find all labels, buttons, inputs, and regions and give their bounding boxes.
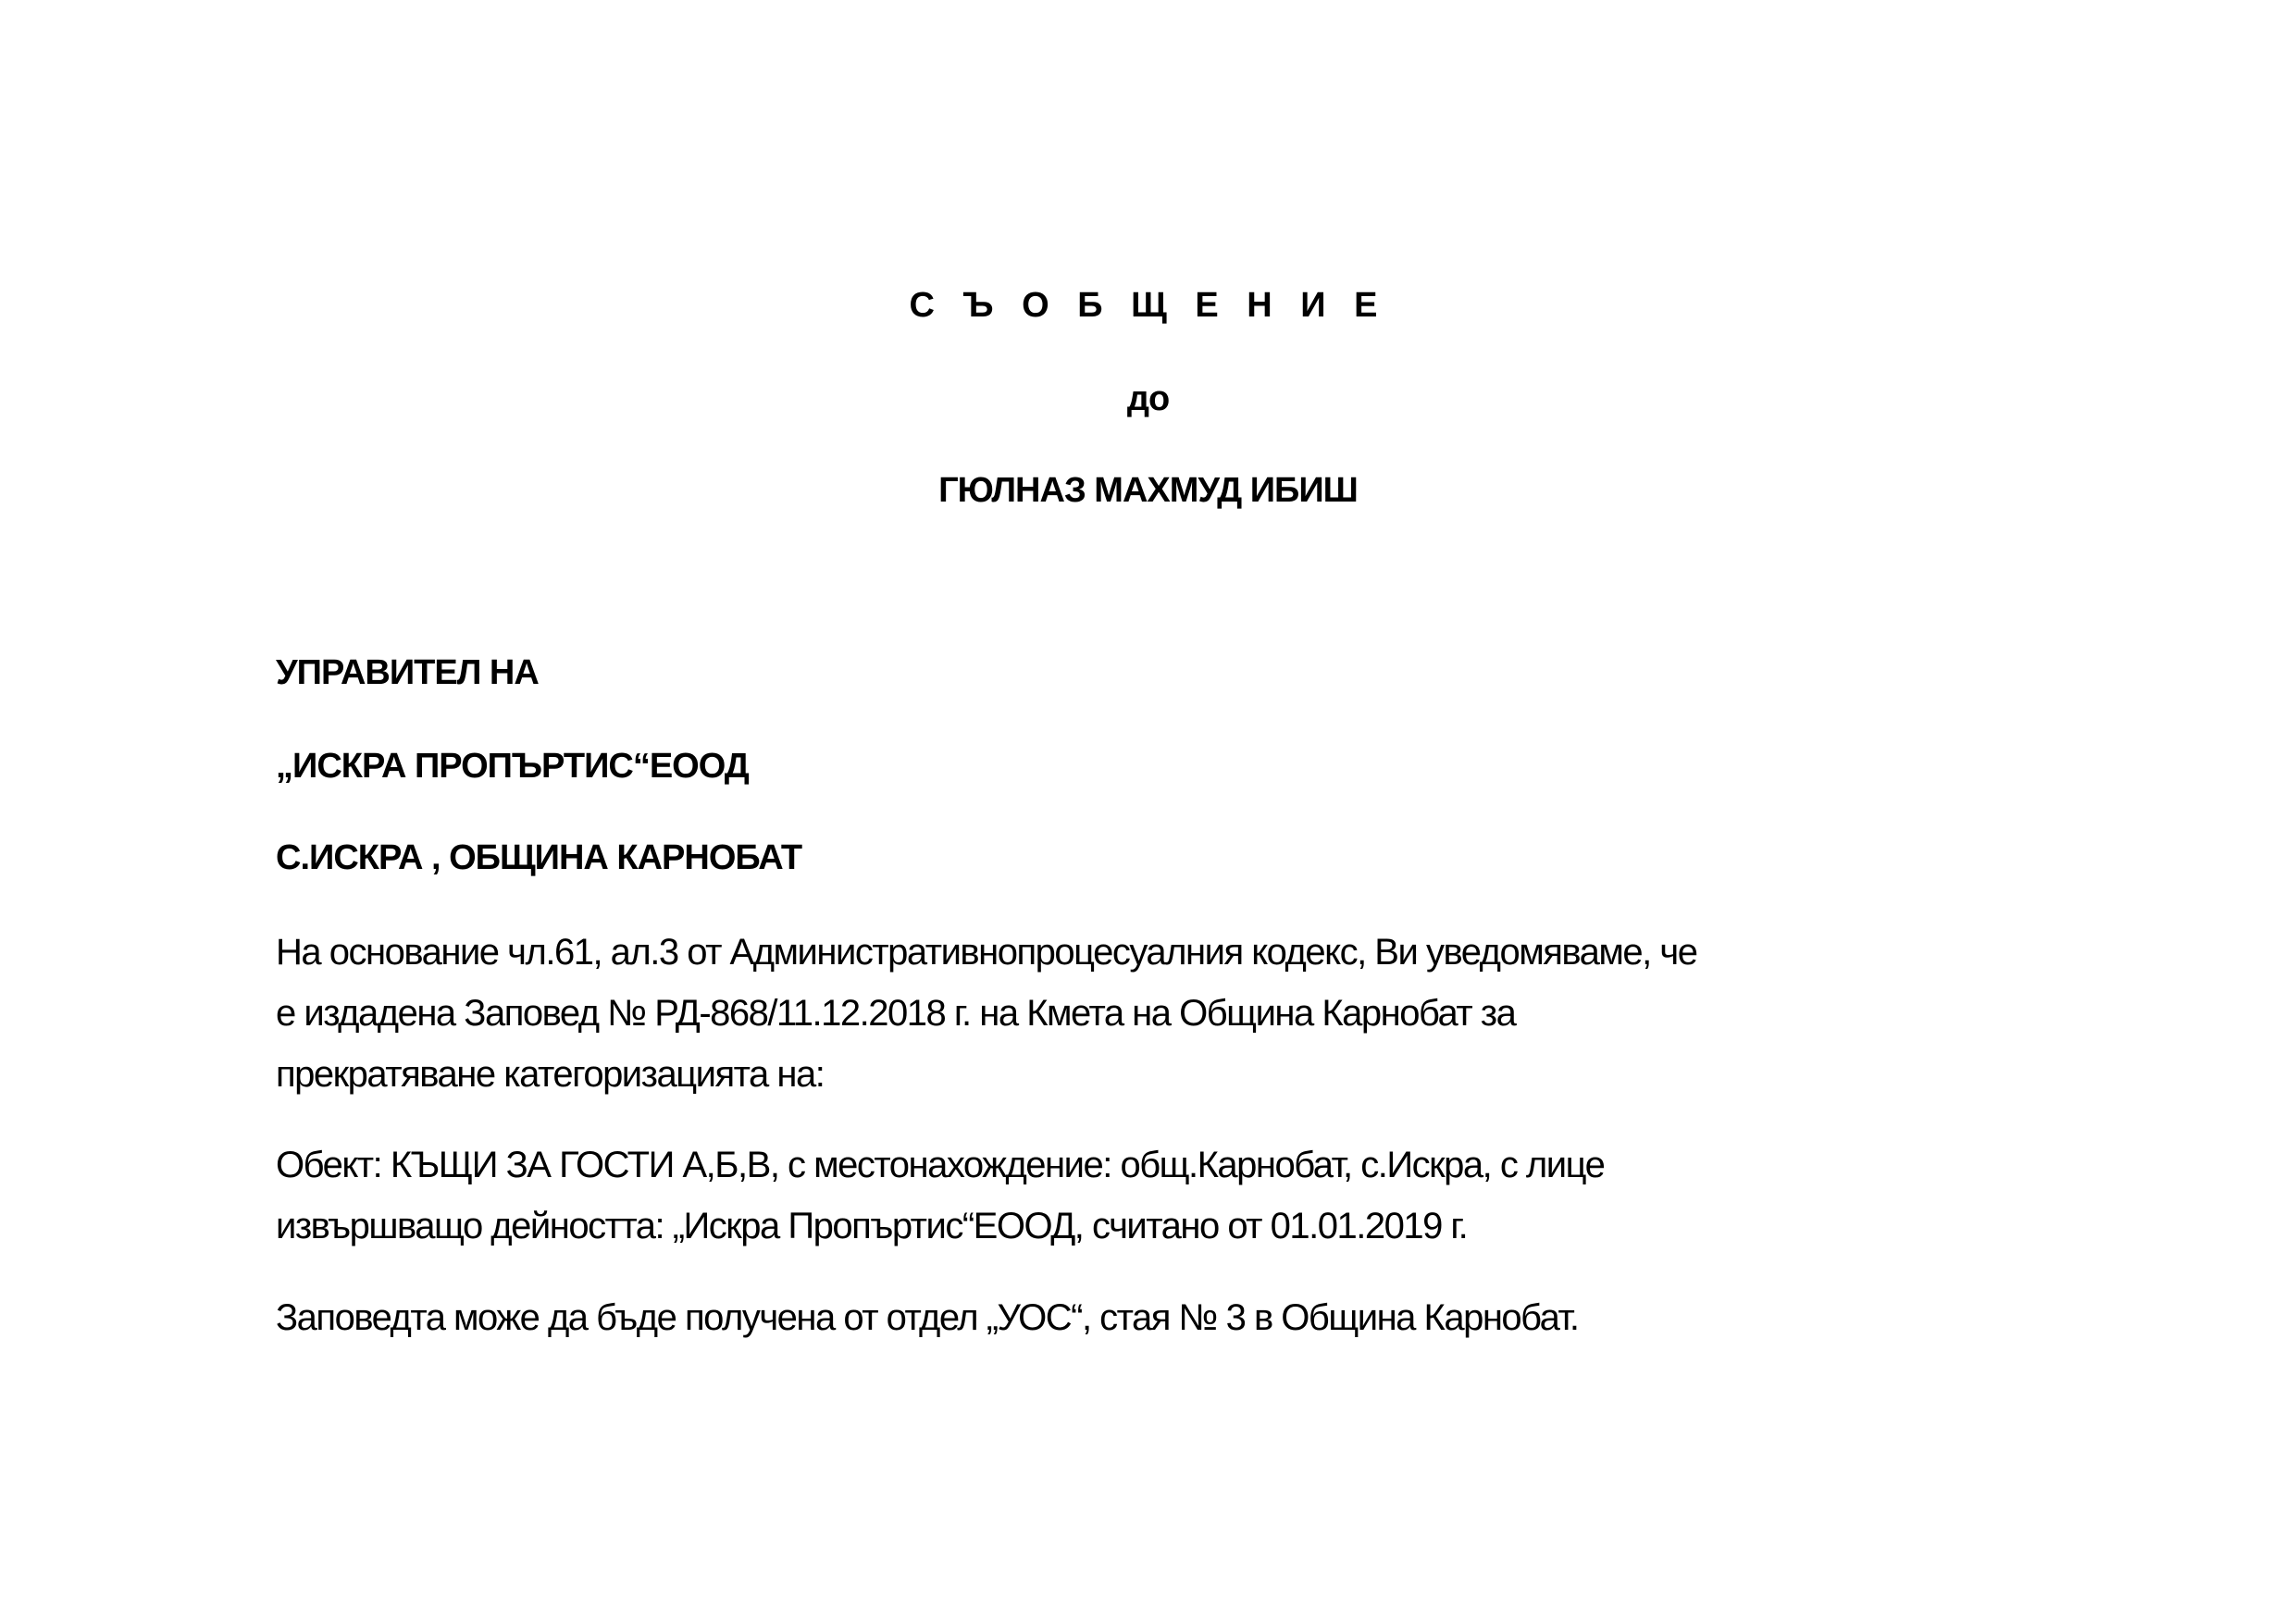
paragraph-line: прекратяване категоризацията на: (276, 1044, 2043, 1105)
paragraph-line: Обект: КЪЩИ ЗА ГОСТИ А,Б,В, с местонахож… (276, 1134, 2043, 1196)
document-page: С Ъ О Б Щ Е Н И Е до ГЮЛНАЗ МАХМУД ИБИШ … (0, 0, 2296, 1624)
paragraph-line: е издадена Заповед № РД-868/11.12.2018 г… (276, 983, 2043, 1044)
paragraph-notice: На основание чл.61, ал.3 от Администрати… (276, 922, 2043, 1105)
paragraph-line: извършващо дейността: „Искра Пропъртис“Е… (276, 1196, 2043, 1257)
document-title: С Ъ О Б Щ Е Н И Е (0, 288, 2296, 323)
paragraph-line: Заповедта може да бъде получена от отдел… (276, 1287, 2043, 1348)
address-line-company: „ИСКРА ПРОПЪРТИС“ЕООД (276, 749, 749, 784)
paragraph-pickup: Заповедта може да бъде получена от отдел… (276, 1287, 2043, 1348)
recipient-name: ГЮЛНАЗ МАХМУД ИБИШ (0, 473, 2296, 508)
paragraph-line: На основание чл.61, ал.3 от Администрати… (276, 922, 2043, 983)
address-line-position: УПРАВИТЕЛ НА (276, 655, 539, 690)
address-line-location: С.ИСКРА , ОБЩИНА КАРНОБАТ (276, 840, 801, 875)
to-label: до (0, 381, 2296, 416)
paragraph-object: Обект: КЪЩИ ЗА ГОСТИ А,Б,В, с местонахож… (276, 1134, 2043, 1257)
